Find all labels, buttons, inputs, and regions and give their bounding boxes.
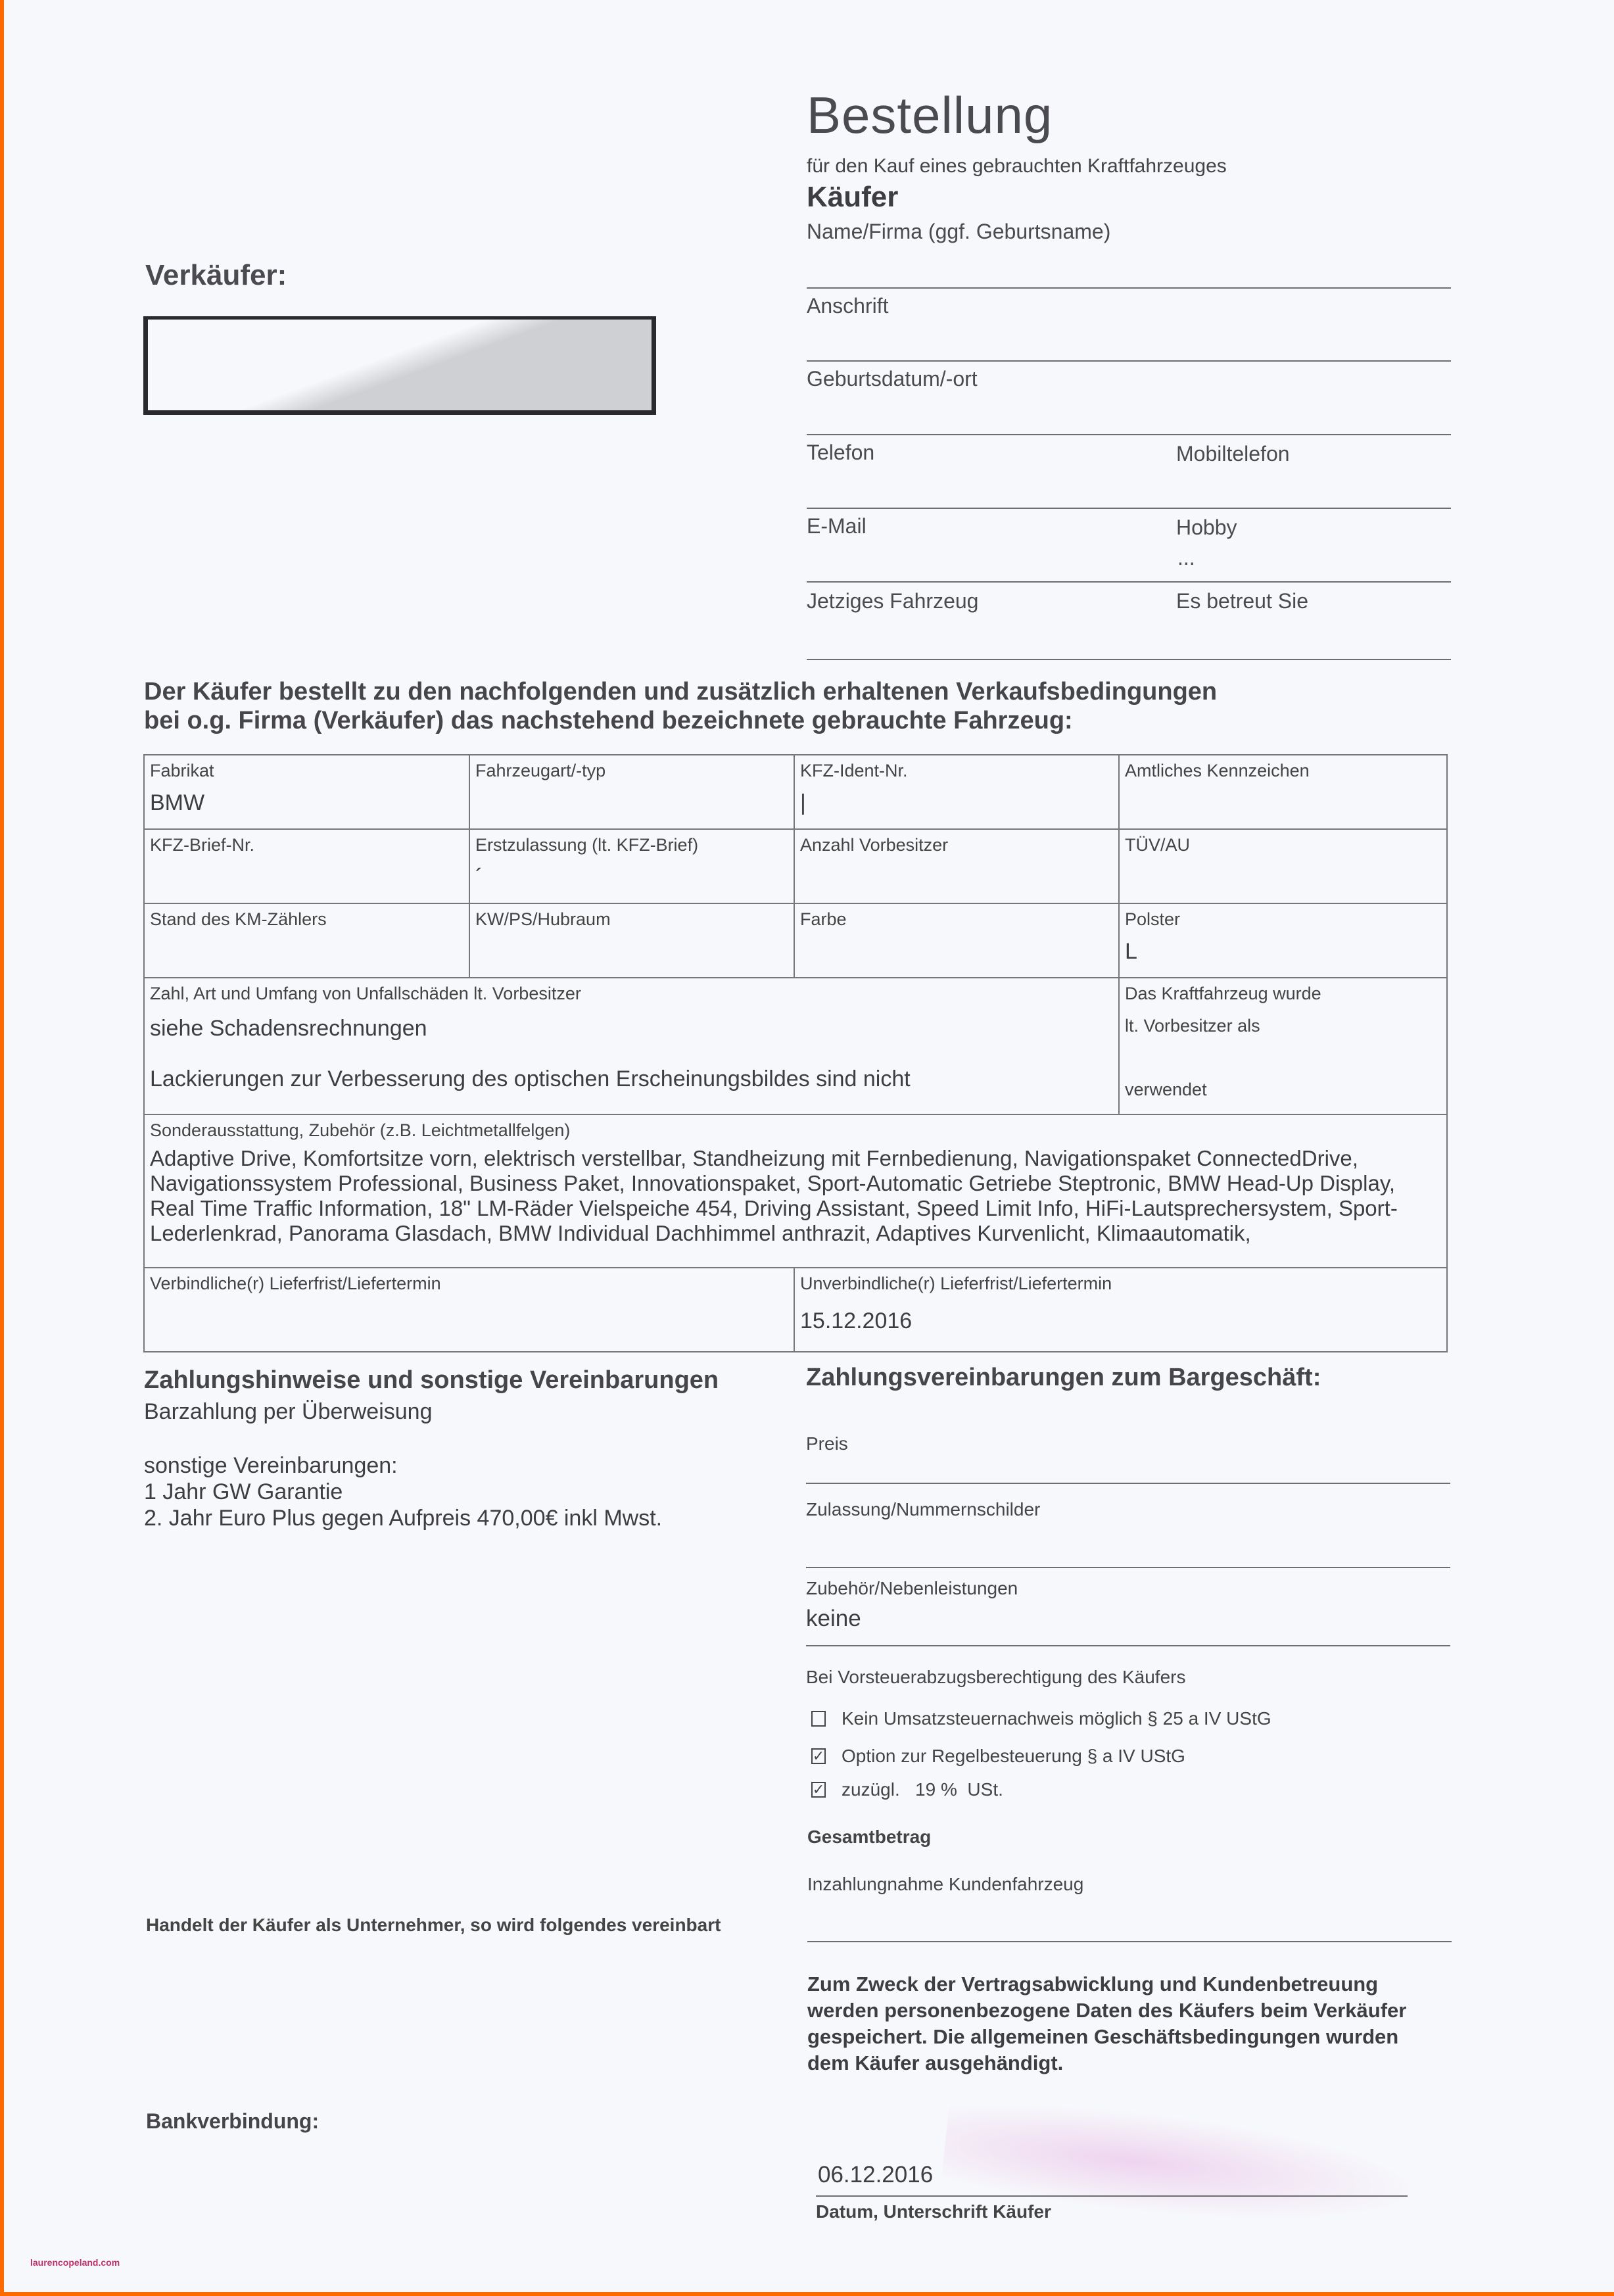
table-row: KFZ-Brief-Nr. Erstzulassung (lt. KFZ-Bri… [144,829,1447,903]
checkbox-checked-icon[interactable]: ✓ [811,1782,826,1798]
buyer-birth-label: Geburtsdatum/-ort [807,367,978,391]
payment-method: Barzahlung per Überweisung [144,1399,432,1425]
signature-label: Datum, Unterschrift Käufer [816,2201,1051,2222]
agreement-line: 1 Jahr GW Garantie [144,1479,662,1505]
tradein-line[interactable] [807,1941,1452,1942]
registration-label: Zulassung/Nummernschilder [806,1499,1040,1520]
option-regular-taxation[interactable]: ✓ Option zur Regelbesteuerung § a IV USt… [811,1746,1185,1767]
intro-line-1: Der Käufer bestellt zu den nachfolgenden… [144,677,1217,706]
table-row: Verbindliche(r) Lieferfrist/Liefertermin… [144,1268,1447,1352]
buyer-name-label: Name/Firma (ggf. Geburtsname) [807,220,1110,244]
cell-equipment[interactable]: Sonderausstattung, Zubehör (z.B. Leichtm… [144,1114,1447,1268]
buyer-email-line[interactable] [807,581,1451,583]
intro-line-2: bei o.g. Firma (Verkäufer) das nachstehe… [144,706,1217,735]
vehicle-details-table: FabrikatBMW Fahrzeugart/-typ KFZ-Ident-N… [143,754,1448,1352]
total-label: Gesamtbetrag [807,1827,931,1848]
cell-accident-damage[interactable]: Zahl, Art und Umfang von Unfallschäden l… [144,978,1119,1114]
cell-vehicle-type[interactable]: Fahrzeugart/-typ [469,755,794,829]
buyer-vehicle-line[interactable] [807,659,1451,660]
cell-mileage[interactable]: Stand des KM-Zählers [144,903,469,978]
option-plus-vat[interactable]: ✓ zuzügl. 19 % USt. [811,1779,1003,1800]
advisor-label: Es betreut Sie [1176,589,1308,613]
buyer-phone-label: Telefon [807,441,874,465]
entrepreneur-note: Handelt der Käufer als Unternehmer, so w… [146,1915,721,1936]
price-label: Preis [806,1433,848,1454]
cell-previous-owners[interactable]: Anzahl Vorbesitzer [794,829,1119,903]
signature-line[interactable] [816,2195,1408,2197]
accessories-label: Zubehör/Nebenleistungen [806,1578,1018,1599]
price-line[interactable] [806,1483,1450,1484]
cell-upholstery[interactable]: PolsterL [1119,903,1447,978]
equipment-list: Adaptive Drive, Komfortsitze vorn, elekt… [150,1146,1441,1246]
signature-date: 06.12.2016 [818,2162,933,2188]
buyer-hobby-value: ... [1177,546,1195,570]
option-no-vat-proof[interactable]: Kein Umsatzsteuernachweis möglich § 25 a… [811,1708,1271,1729]
buyer-email-label: E-Mail [807,514,866,538]
cell-vin[interactable]: KFZ-Ident-Nr.| [794,755,1119,829]
payment-notes-heading: Zahlungshinweise und sonstige Vereinbaru… [144,1366,719,1395]
buyer-birth-line[interactable] [807,434,1451,435]
document-title: Bestellung [807,85,1053,145]
cell-binding-delivery[interactable]: Verbindliche(r) Lieferfrist/Liefertermin [144,1268,794,1352]
cell-inspection[interactable]: TÜV/AU [1119,829,1447,903]
checkbox-unchecked-icon[interactable] [811,1711,826,1727]
table-row: FabrikatBMW Fahrzeugart/-typ KFZ-Ident-N… [144,755,1447,829]
watermark: laurencopeland.com [30,2257,120,2268]
table-row: Zahl, Art und Umfang von Unfallschäden l… [144,978,1447,1114]
cell-registration-doc[interactable]: KFZ-Brief-Nr. [144,829,469,903]
buyer-name-line[interactable] [807,287,1451,289]
table-row: Stand des KM-Zählers KW/PS/Hubraum Farbe… [144,903,1447,978]
table-row: Sonderausstattung, Zubehör (z.B. Leichtm… [144,1114,1447,1268]
buyer-address-label: Anschrift [807,294,888,318]
other-agreements: sonstige Vereinbarungen: 1 Jahr GW Garan… [144,1452,662,1531]
document-subtitle: für den Kauf eines gebrauchten Kraftfahr… [807,155,1227,178]
checkbox-checked-icon[interactable]: ✓ [811,1748,826,1764]
cell-color[interactable]: Farbe [794,903,1119,978]
cell-first-registration[interactable]: Erstzulassung (lt. KFZ-Brief)´ [469,829,794,903]
bank-details-label: Bankverbindung: [146,2109,319,2134]
buyer-phone-line[interactable] [807,508,1451,509]
buyer-address-line[interactable] [807,360,1451,362]
order-form-page: Bestellung für den Kauf eines gebrauchte… [4,0,1614,2292]
seller-address-redacted [143,316,656,415]
cell-vehicle-usage[interactable]: Das Kraftfahrzeug wurde lt. Vorbesitzer … [1119,978,1447,1114]
other-agreements-heading: sonstige Vereinbarungen: [144,1452,662,1479]
cell-power[interactable]: KW/PS/Hubraum [469,903,794,978]
registration-line[interactable] [806,1567,1450,1568]
accessories-line[interactable] [806,1645,1450,1646]
buyer-heading: Käufer [807,181,898,214]
buyer-mobile-label: Mobiltelefon [1176,442,1290,466]
cell-make[interactable]: FabrikatBMW [144,755,469,829]
buyer-hobby-label: Hobby [1176,515,1237,540]
accessories-value: keine [806,1606,861,1632]
tradein-label: Inzahlungnahme Kundenfahrzeug [807,1874,1083,1895]
cell-nonbinding-delivery[interactable]: Unverbindliche(r) Lieferfrist/Lieferterm… [794,1268,1447,1352]
vat-heading: Bei Vorsteuerabzugsberechtigung des Käuf… [806,1667,1186,1688]
privacy-notice: Zum Zweck der Vertragsabwicklung und Kun… [807,1971,1406,2076]
cash-terms-heading: Zahlungsvereinbarungen zum Bargeschäft: [806,1364,1321,1392]
cell-license-plate[interactable]: Amtliches Kennzeichen [1119,755,1447,829]
agreement-line: 2. Jahr Euro Plus gegen Aufpreis 470,00€… [144,1505,662,1531]
order-intro-text: Der Käufer bestellt zu den nachfolgenden… [144,677,1217,735]
buyer-vehicle-label: Jetziges Fahrzeug [807,589,978,613]
seller-heading: Verkäufer: [145,259,287,292]
